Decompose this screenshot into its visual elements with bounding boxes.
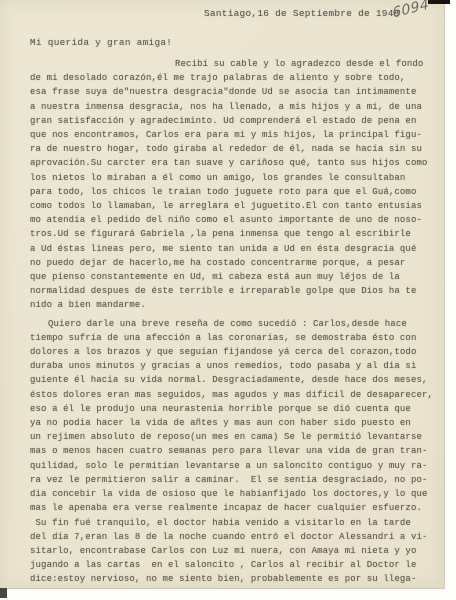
letter-line: duraba unos minutos y gracias a unos rem… [30,359,442,373]
letter-line: como todos lo llamaban, le arreglara el … [30,199,442,213]
letter-line: sitarlo, encontrabase Carlos con Luz mi … [30,544,442,558]
letter-line: quilidad, solo le permitían levantarse a… [30,459,442,473]
letter-line: guiente él hacia su vida normal. Desgrac… [30,373,442,387]
letter-line: Quiero darle una breve reseña de como su… [30,317,442,331]
letter-line: dia concebir la vida de osioso que le ha… [30,487,442,501]
paragraph: Recibí su cable y lo agradezco desde el … [30,57,442,313]
letter-line: tros.Ud se figurará Gabriela ,la pena in… [30,227,442,241]
letter-line: los nietos lo miraban a él como un amigo… [30,171,442,185]
letter-line: dice:estoy nervioso, no me siento bien, … [30,572,442,586]
letter-line: normalidad despues de éste terrible e ir… [30,284,442,298]
letter-line: a nuestra inmensa desgracia, nos ha llen… [30,100,442,114]
letter-dateline: Santiago,16 de Septiembre de 1948 [204,8,400,19]
paragraph: Quiero darle una breve reseña de como su… [30,317,442,587]
letter-line: eso a él le produjo una neurastenia horr… [30,402,442,416]
letter-line: nido a bien mandarme. [30,298,442,312]
handwritten-catalog-number: 6094 [391,0,430,22]
letter-line: para todo, los chicos le traian todo jug… [30,185,442,199]
letter-line: éstos dolores eran mas seguidos, mas agu… [30,388,442,402]
letter-line: ya no podia hacer la vida de añtes y mas… [30,416,442,430]
letter-line: que nos encontramos, Carlos era para mi … [30,128,442,142]
letter-line: tiempo sufría de una afección a las coro… [30,331,442,345]
letter-line: Su fin fué tranquilo, el doctor habia ve… [30,516,442,530]
letter-line: no puedo dejar de hacerlo,me ha costado … [30,256,442,270]
letter-line: dolores a los brazos y que seguían fijan… [30,345,442,359]
scanned-letter-page: Santiago,16 de Septiembre de 1948 6094 M… [0,0,456,600]
letter-line: mo atendía el pedido del niño como el as… [30,213,442,227]
letter-salutation: Mi querida y gran amiga! [30,37,172,48]
letter-line: que pienso constantemente en Ud, mi cabe… [30,270,442,284]
letter-line: a Ud éstas lineas pero, me siento tan un… [30,242,442,256]
letter-line: Recibí su cable y lo agradezco desde el … [30,57,442,71]
scan-artifact-bottom-mark [0,588,7,598]
letter-line: aprovación.Su carcter era tan suave y ca… [30,156,442,170]
letter-line: mas le apenaba era verse realmente incap… [30,501,442,515]
letter-line: del dia 7,eran las 8 de la noche cuando … [30,530,442,544]
letter-line: de mi desolado corazón,él me trajo palab… [30,71,442,85]
letter-line: esa frase suya de"nuestra desgracia"dond… [30,85,442,99]
letter-body: Recibí su cable y lo agradezco desde el … [30,57,442,587]
letter-line: ra vez le permitieron salir a caminar. E… [30,473,442,487]
letter-paper: Santiago,16 de Septiembre de 1948 6094 M… [0,0,445,589]
letter-line: gran satisfacción y agradeciminto. Ud co… [30,114,442,128]
scan-artifact-top-bar [428,0,450,4]
letter-line: ra de nuestro hogar, todo giraba al rede… [30,142,442,156]
letter-line: mas o menos hacen cuatro semanas pero pa… [30,444,442,458]
letter-line: jugando a las cartas en el saloncito , C… [30,558,442,572]
letter-line: un rejimen absoluto de reposo(un mes en … [30,430,442,444]
